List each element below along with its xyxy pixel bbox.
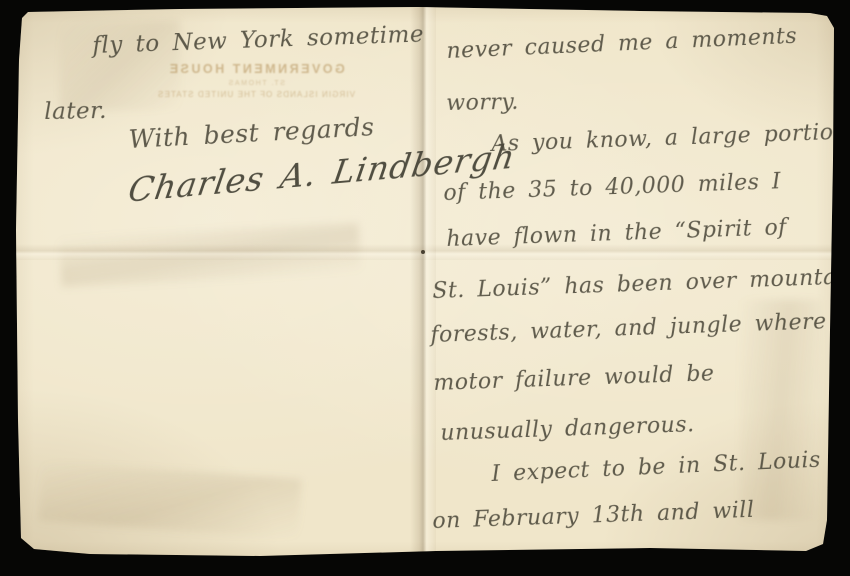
handwriting-line: on February 13th and will bbox=[432, 498, 755, 534]
handwriting-line: unusually dangerous. bbox=[440, 412, 695, 446]
handwriting-line: worry. bbox=[446, 90, 519, 116]
handwriting-line: never caused me a moments bbox=[446, 24, 798, 64]
handwriting-line: I expect to be in St. Louis bbox=[491, 448, 821, 487]
handwriting-line: motor failure would be bbox=[433, 361, 715, 396]
handwriting-line: St. Louis” has been over mountains, bbox=[432, 263, 850, 304]
handwriting-line: of the 35 to 40,000 miles I bbox=[443, 169, 782, 206]
photo-background: GOVERNMENT HOUSE ST. THOMAS VIRGIN ISLAN… bbox=[0, 0, 850, 576]
handwriting-line: have flown in the “Spirit of bbox=[446, 215, 787, 252]
handwriting-line: As you know, a large portion bbox=[491, 120, 849, 157]
letter-sheet: GOVERNMENT HOUSE ST. THOMAS VIRGIN ISLAN… bbox=[0, 0, 850, 576]
right-page: never caused me a moments worry. As you … bbox=[0, 0, 850, 576]
handwriting-line: forests, water, and jungle where bbox=[430, 309, 827, 348]
